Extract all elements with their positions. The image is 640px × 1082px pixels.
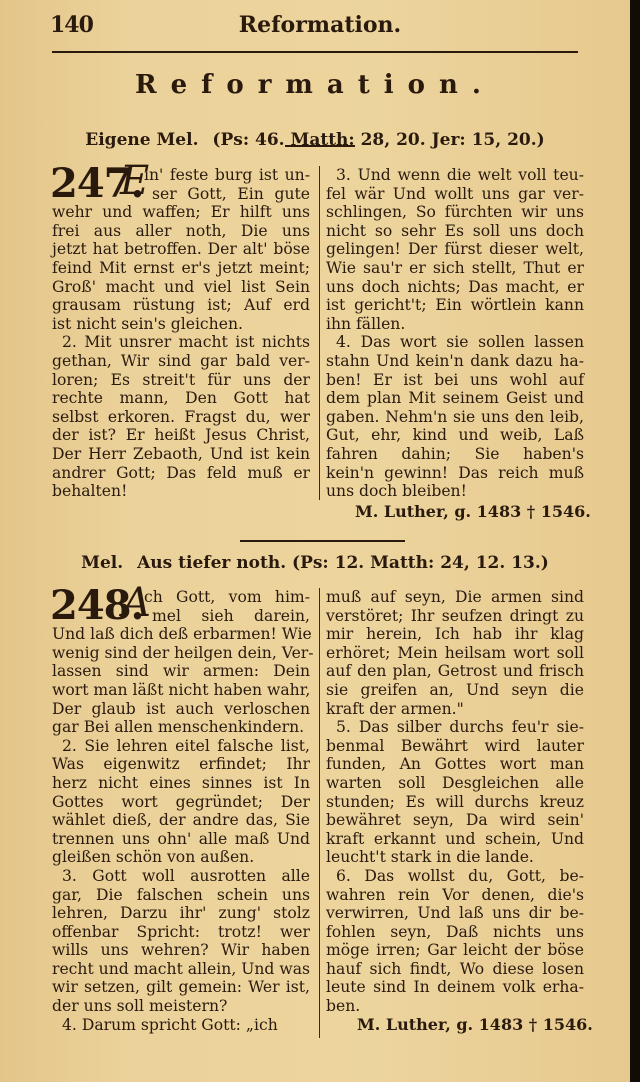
text-line: recht und macht allein, Und was: [52, 960, 310, 979]
text-line: 3. Und wenn die welt voll teu-: [326, 166, 584, 185]
text-line: hauf sich findt, Wo diese losen: [326, 960, 584, 979]
text-line: gethan, Wir sind gar bald ver-: [52, 352, 310, 371]
hymn-separator-rule: [240, 540, 405, 542]
text-line: lassen sind wir armen: Dein: [52, 662, 310, 681]
text-line: behalten!: [52, 482, 310, 501]
text-line: grausam rüstung ist; Auf erd: [52, 296, 310, 315]
text-line: leucht't stark in die lande.: [326, 848, 584, 867]
column-rule: [319, 588, 320, 1038]
text-line: Der Herr Zebaoth, Und ist kein: [52, 445, 310, 464]
text-line: ist gericht't; Ein wörtlein kann: [326, 296, 584, 315]
text-line: Wie sau'r er sich stellt, Thut er: [326, 259, 584, 278]
text-line: schlingen, So fürchten wir uns: [326, 203, 584, 222]
text-line: wort man läßt nicht haben wahr,: [52, 681, 310, 700]
text-line: warten soll Desgleichen alle: [326, 774, 584, 793]
text-line: wir setzen, gilt gemein: Wer ist,: [52, 978, 310, 997]
text-line: ihn fällen.: [326, 315, 584, 334]
running-title: Reformation.: [50, 12, 590, 38]
text-line: kraft der armen.": [326, 700, 584, 719]
text-line: dem plan Mit seinem Geist und: [326, 389, 584, 408]
running-head: 140 Reformation.: [50, 12, 590, 42]
text-line: 2. Mit unsrer macht ist nichts: [52, 333, 310, 352]
hymn-247-attribution: M. Luther, g. 1483 † 1546.: [355, 502, 591, 521]
hymn-247-right-column: 3. Und wenn die welt voll teu-fel wär Un…: [326, 166, 584, 501]
text-line: 6. Das wollst du, Gott, be-: [326, 867, 584, 886]
text-line: bewähret seyn, Da wird sein': [326, 811, 584, 830]
text-line: offenbar Spricht: trotz! wer: [52, 923, 310, 942]
text-line: trennen uns ohn' alle maß Und: [52, 830, 310, 849]
text-line: leute sind In deinem volk erha-: [326, 978, 584, 997]
text-line: frei aus aller noth, Die uns: [52, 222, 310, 241]
text-line: uns doch bleiben!: [326, 482, 584, 501]
text-line: ch Gott, vom him-: [52, 588, 310, 607]
melody-name: Aus tiefer noth.: [137, 553, 286, 573]
text-line: fahren dahin; Sie haben's: [326, 445, 584, 464]
text-line: erhöret; Mein heilsam wort soll: [326, 644, 584, 663]
text-line: 2. Sie lehren eitel falsche list,: [52, 737, 310, 756]
text-line: der uns soll meistern?: [52, 997, 310, 1016]
text-line: gleißen schön von außen.: [52, 848, 310, 867]
text-line: gar, Die falschen schein uns: [52, 886, 310, 905]
melody-label: Eigene Mel.: [85, 130, 198, 150]
text-line: der ist? Er heißt Jesus Christ,: [52, 426, 310, 445]
text-line: kraft erkannt und schein, Und: [326, 830, 584, 849]
text-line: wills uns wehren? Wir haben: [52, 941, 310, 960]
text-line: lehren, Darzu ihr' zung' stolz: [52, 904, 310, 923]
text-line: stahn Und kein'n dank dazu ha-: [326, 352, 584, 371]
text-line: selbst erkoren. Fragst du, wer: [52, 408, 310, 427]
text-line: nicht so sehr Es soll uns doch: [326, 222, 584, 241]
text-line: Gottes wort gegründet; Der: [52, 793, 310, 812]
text-line: auf den plan, Getrost und frisch: [326, 662, 584, 681]
text-line: verwirren, Und laß uns dir be-: [326, 904, 584, 923]
text-line: wählet dieß, der andre das, Sie: [52, 811, 310, 830]
text-line: wehr und waffen; Er hilft uns: [52, 203, 310, 222]
hymn-248-right-column: muß auf seyn, Die armen sindverstöret; I…: [326, 588, 584, 1016]
text-line: uns doch nichts; Das macht, er: [326, 278, 584, 297]
text-line: wahren rein Vor denen, die's: [326, 886, 584, 905]
hymn-248-left-column: ch Gott, vom him-mel sieh darein,Und laß…: [52, 588, 310, 1034]
book-page: 140 Reformation. Reformation. Eigene Mel…: [0, 0, 630, 1082]
text-line: Gut, ehr, kind und weib, Laß: [326, 426, 584, 445]
text-line: ben.: [326, 997, 584, 1016]
text-line: feind Mit ernst er's jetzt meint;: [52, 259, 310, 278]
text-line: benmal Bewährt wird lauter: [326, 737, 584, 756]
page-edge-shadow: [630, 0, 640, 1082]
text-line: 5. Das silber durchs feu'r sie-: [326, 718, 584, 737]
text-line: Groß' macht und viel list Sein: [52, 278, 310, 297]
text-line: ben! Er ist bei uns wohl auf: [326, 371, 584, 390]
text-line: gaben. Nehm'n sie uns den leib,: [326, 408, 584, 427]
hymn-247-melody-line: Eigene Mel. (Ps: 46. Matth: 28, 20. Jer:…: [0, 130, 630, 150]
text-line: gar Bei allen menschenkindern.: [52, 718, 310, 737]
hymn-248-melody-line: Mel. Aus tiefer noth. (Ps: 12. Matth: 24…: [0, 553, 630, 573]
scripture-references: (Ps: 46. Matth: 28, 20. Jer: 15, 20.): [212, 130, 544, 150]
text-line: 3. Gott woll ausrotten alle: [52, 867, 310, 886]
text-line: loren; Es streit't für uns der: [52, 371, 310, 390]
text-line: funden, An Gottes wort man: [326, 755, 584, 774]
text-line: möge irren; Gar leicht der böse: [326, 941, 584, 960]
text-line: 4. Das wort sie sollen lassen: [326, 333, 584, 352]
text-line: Der glaub ist auch verloschen: [52, 700, 310, 719]
hymn-248-attribution: M. Luther, g. 1483 † 1546.: [357, 1015, 593, 1034]
text-line: Was eigenwitz erfindet; Ihr: [52, 755, 310, 774]
text-line: fel wär Und wollt uns gar ver-: [326, 185, 584, 204]
text-line: wenig sind der heilgen dein, Ver-: [52, 644, 310, 663]
text-line: rechte mann, Den Gott hat: [52, 389, 310, 408]
text-line: in' feste burg ist un-: [52, 166, 310, 185]
text-line: fohlen seyn, Daß nichts uns: [326, 923, 584, 942]
column-rule: [319, 166, 320, 500]
hymn-247-left-column: in' feste burg ist un-ser Gott, Ein gute…: [52, 166, 310, 501]
text-line: andrer Gott; Das feld muß er: [52, 464, 310, 483]
scripture-references: (Ps: 12. Matth: 24, 12. 13.): [292, 553, 549, 573]
text-line: muß auf seyn, Die armen sind: [326, 588, 584, 607]
text-line: herz nicht eines sinnes ist In: [52, 774, 310, 793]
text-line: 4. Darum spricht Gott: „ich: [52, 1016, 310, 1035]
text-line: mir herein, Ich hab ihr klag: [326, 625, 584, 644]
text-line: mel sieh darein,: [52, 607, 310, 626]
text-line: jetzt hat betroffen. Der alt' böse: [52, 240, 310, 259]
text-line: gelingen! Der fürst dieser welt,: [326, 240, 584, 259]
text-line: kein'n gewinn! Das reich muß: [326, 464, 584, 483]
text-line: ist nicht sein's gleichen.: [52, 315, 310, 334]
header-rule: [52, 51, 578, 53]
text-line: stunden; Es will durchs kreuz: [326, 793, 584, 812]
text-line: ser Gott, Ein gute: [52, 185, 310, 204]
text-line: verstöret; Ihr seufzen dringt zu: [326, 607, 584, 626]
section-title: Reformation.: [0, 70, 630, 100]
text-line: sie greifen an, Und seyn die: [326, 681, 584, 700]
melody-label: Mel.: [81, 553, 123, 573]
text-line: Und laß dich deß erbarmen! Wie: [52, 625, 310, 644]
